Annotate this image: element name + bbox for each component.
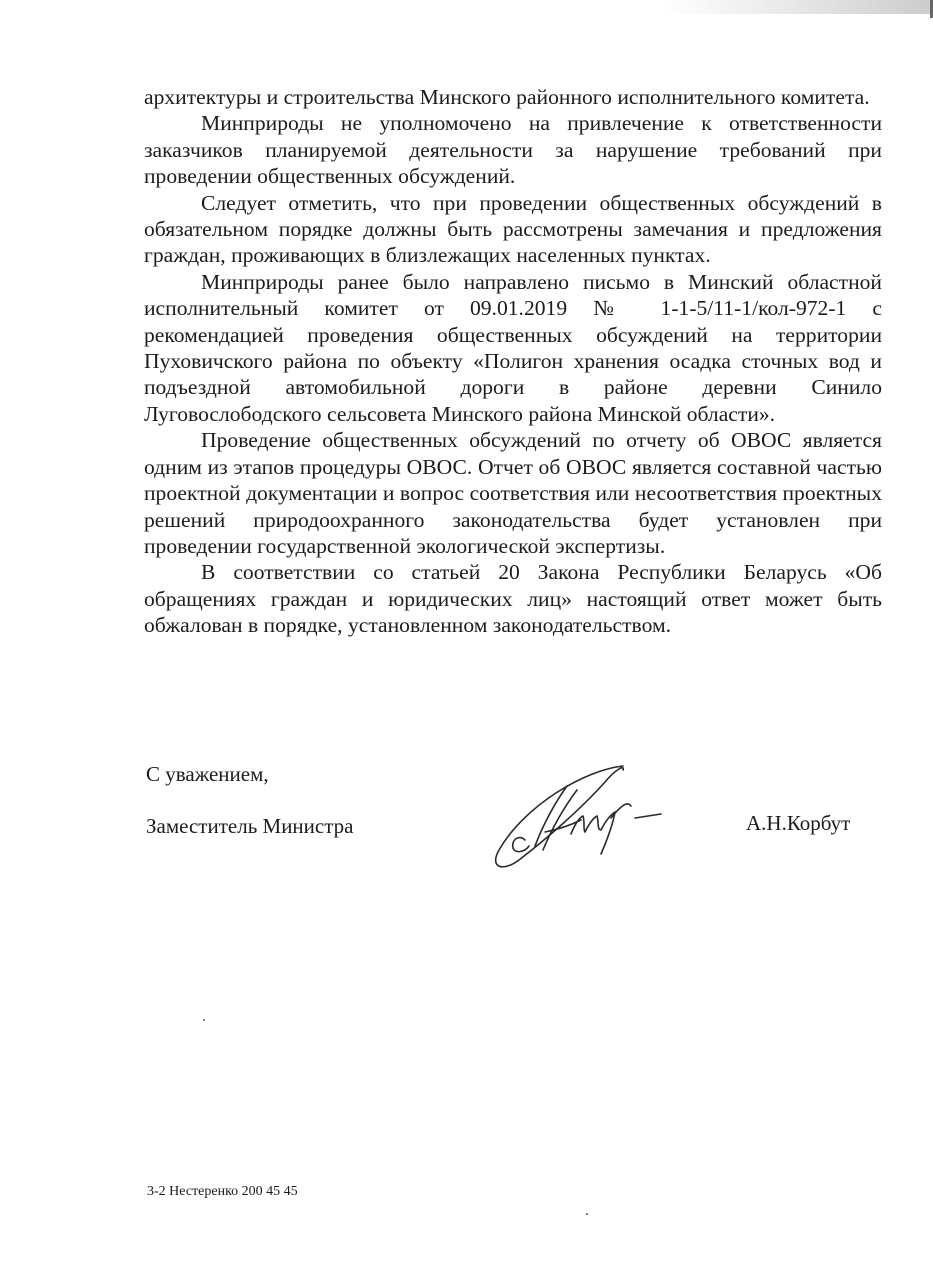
closing-salutation: С уважением,	[146, 762, 269, 787]
paragraph-residents-remarks: Следует отметить, что при проведении общ…	[144, 190, 882, 269]
signer-name: А.Н.Корбут	[746, 811, 850, 836]
letter-body: архитектуры и строительства Минского рай…	[144, 84, 882, 639]
handwritten-signature	[485, 760, 685, 875]
paragraph-previous-letter: Минприроды ранее было направлено письмо …	[144, 269, 882, 427]
paragraph-no-authority: Минприроды не уполномочено на привлечени…	[144, 110, 882, 189]
scan-speck	[203, 1019, 205, 1021]
signer-position: Заместитель Министра	[146, 814, 353, 839]
paragraph-ovos-procedure: Проведение общественных обсуждений по от…	[144, 427, 882, 559]
scan-speck	[586, 1213, 588, 1215]
paragraph-continuation: архитектуры и строительства Минского рай…	[144, 84, 882, 110]
executor-contact: 3-2 Нестеренко 200 45 45	[147, 1184, 298, 1200]
scan-artifact	[663, 0, 933, 14]
paragraph-appeal-rights: В соответствии со статьей 20 Закона Респ…	[144, 559, 882, 638]
